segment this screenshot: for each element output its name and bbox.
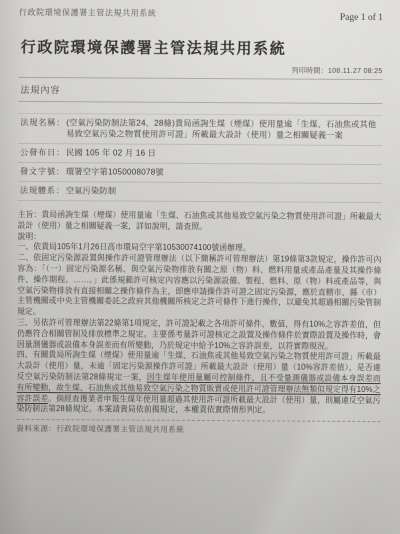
data-source: 資料來源：行政院環境保護署主管法規共用系統 — [16, 423, 380, 436]
meta-table: 法規名稱： (空氣污染防制法第24、28條)貴局函詢生煤（煙煤）使用量逾「生煤、… — [18, 113, 383, 203]
meta-value: 環署空字第1050008078號 — [66, 166, 380, 179]
meta-value: 民國 105 年 02 月 16 日 — [66, 147, 380, 160]
meta-row-announce-date: 公發布日： 民國 105 年 02 月 16 日 — [18, 144, 382, 165]
meta-label: 發文字號： — [20, 166, 66, 177]
meta-row-law-name: 法規名稱： (空氣污染防制法第24、28條)貴局函詢生煤（煙煤）使用量逾「生煤、… — [18, 114, 382, 146]
meta-value: (空氣污染防制法第24、28條)貴局函詢生煤（煙煤）使用量逾「生煤、石油焦或其他… — [66, 117, 380, 141]
explanation-item-4: 四、有關貴局所詢生煤（煙煤）使用量逾「生煤、石油焦或其他易致空氣污染之物質使用許… — [16, 350, 380, 417]
letter-body: 主旨：貴局函詢生煤（煙煤）使用量逾「生煤、石油焦或其他易致空氣污染之物質使用許可… — [16, 210, 381, 417]
meta-label: 法規名稱： — [20, 117, 66, 139]
meta-label: 公發布日： — [20, 147, 66, 158]
source-divider — [16, 419, 380, 422]
header-system-name: 行政院環境保護署主管法規共用系統 — [19, 7, 157, 19]
explanation-item-3: 三、另依許可管理辦法第22條第1項規定，許可證記載之各項許可條件、數值，得有10… — [17, 318, 381, 353]
explanation-item-2: 二、依固定污染源設置與操作許可證管理辦法（以下簡稱許可管理辦法）第19條第3款規… — [17, 253, 381, 320]
meta-row-law-category: 法規體系： 空氣污染防制 — [18, 182, 382, 203]
document-photo: 行政院環境保護署主管法規共用系統 Page 1 of 1 行政院環境保護署主管法… — [0, 0, 400, 534]
page-title: 行政院環境保護署主管法規共用系統 — [21, 36, 383, 59]
page-indicator: Page 1 of 1 — [340, 13, 383, 23]
meta-value: 空氣污染防制 — [66, 185, 380, 198]
subject-paragraph: 主旨：貴局函詢生煤（煙煤）使用量逾「生煤、石油焦或其他易致空氣污染之物質使用許可… — [18, 210, 382, 234]
meta-label: 法規體系： — [20, 185, 66, 196]
section-label: 法規內容 — [18, 78, 382, 104]
meta-row-doc-number: 發文字號： 環署空字第1050008078號 — [18, 163, 382, 184]
print-header: 行政院環境保護署主管法規共用系統 Page 1 of 1 — [19, 7, 383, 23]
item4-post-text: 。倘經查獲業者申報生煤年使用量超過其使用許可證所載最大設計（使用）量，則屬違反空… — [16, 394, 380, 415]
